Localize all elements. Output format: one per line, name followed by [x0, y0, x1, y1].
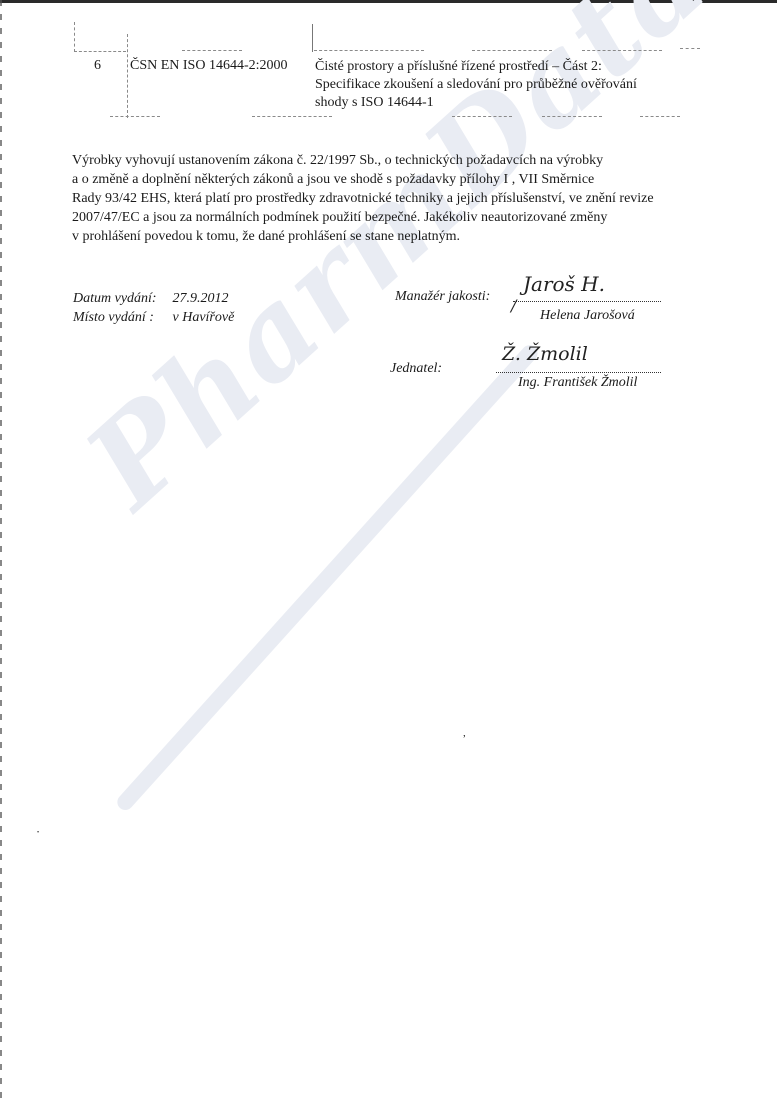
- paragraph-line: Výrobky vyhovují ustanovením zákona č. 2…: [72, 151, 742, 170]
- declaration-paragraph: Výrobky vyhovují ustanovením zákona č. 2…: [72, 151, 742, 246]
- signature-stroke: /: [511, 296, 516, 315]
- table-border: [74, 51, 126, 53]
- paragraph-line: a o změně a doplnění některých zákonů a …: [72, 170, 742, 189]
- table-border: [314, 50, 424, 52]
- stray-mark: •: [37, 830, 39, 836]
- paragraph-line: 2007/47/EC a jsou za normálních podmínek…: [72, 208, 742, 227]
- issue-place-label: Místo vydání :: [73, 308, 169, 327]
- table-border: [680, 48, 700, 50]
- issue-date: Datum vydání: 27.9.2012: [73, 289, 234, 308]
- description-line: Specifikace zkoušení a sledování pro prů…: [315, 76, 705, 94]
- table-border: [472, 50, 552, 52]
- row-number: 6: [94, 58, 101, 74]
- issue-place: Místo vydání : v Havířově: [73, 308, 234, 327]
- signature-name: Helena Jarošová: [540, 308, 635, 324]
- stray-mark: ,: [463, 727, 466, 739]
- table-border: [182, 50, 242, 52]
- table-border: [252, 116, 332, 118]
- signature-line: [513, 300, 661, 302]
- handwritten-signature: Ž. Žmolil: [502, 343, 588, 365]
- table-border: [110, 116, 160, 118]
- signature-label: Manažér jakosti:: [395, 289, 490, 305]
- signature-label: Jednatel:: [390, 361, 442, 377]
- handwritten-signature: Jaroš H.: [523, 272, 605, 296]
- description-line: Čisté prostory a příslušné řízené prostř…: [315, 58, 705, 76]
- standard-description: Čisté prostory a příslušné řízené prostř…: [315, 58, 705, 112]
- table-border: [452, 116, 512, 118]
- signature-director: Jednatel: Ž. Žmolil Ing. František Žmoli…: [390, 343, 690, 393]
- table-border: [542, 116, 602, 118]
- table-border: [312, 24, 314, 52]
- table-border: [74, 22, 76, 52]
- signature-line: [496, 371, 661, 373]
- standards-table-row: 6 ČSN EN ISO 14644-2:2000 Čisté prostory…: [72, 52, 702, 118]
- issue-place-value: v Havířově: [173, 310, 235, 325]
- signature-quality-manager: Manažér jakosti: Jaroš H. / Helena Jaroš…: [395, 280, 695, 330]
- paragraph-line: v prohlášení povedou k tomu, že dané pro…: [72, 227, 742, 246]
- watermark-swoosh: [114, 342, 541, 813]
- table-border: [640, 116, 680, 118]
- standard-code: ČSN EN ISO 14644-2:2000: [130, 58, 288, 74]
- scan-top-edge: [0, 0, 777, 3]
- table-border: [582, 50, 662, 52]
- issue-date-label: Datum vydání:: [73, 289, 169, 308]
- paragraph-line: Rady 93/42 EHS, která platí pro prostřed…: [72, 189, 742, 208]
- scan-left-edge: [0, 0, 2, 1100]
- description-line: shody s ISO 14644-1: [315, 94, 705, 112]
- signature-name: Ing. František Žmolil: [518, 375, 637, 391]
- issue-date-value: 27.9.2012: [173, 291, 229, 306]
- table-border: [127, 34, 129, 118]
- issue-info: Datum vydání: 27.9.2012 Místo vydání : v…: [73, 289, 234, 327]
